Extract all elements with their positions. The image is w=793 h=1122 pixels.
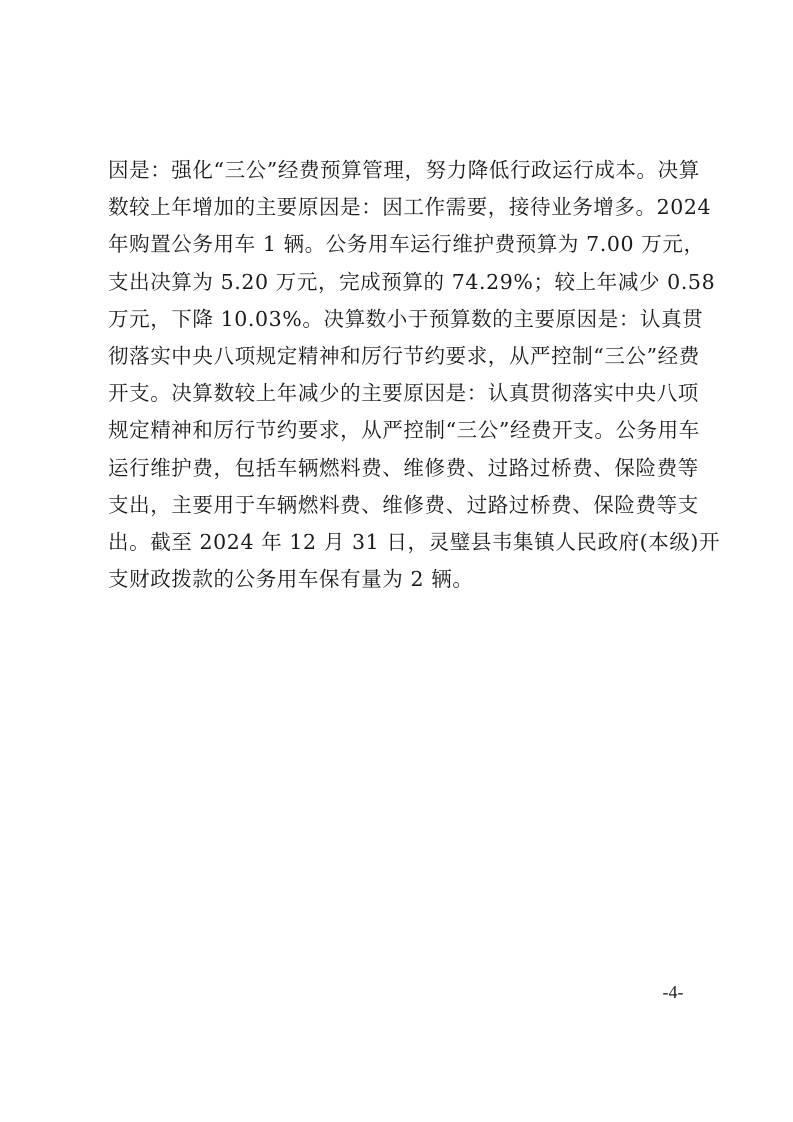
text-line: 运行维护费，包括车辆燃料费、维修费、过路过桥费、保险费等 bbox=[108, 450, 694, 487]
text-line: 因是：强化“三公”经费预算管理，努力降低行政运行成本。决算 bbox=[108, 152, 694, 189]
text-line: 支出，主要用于车辆燃料费、维修费、过路过桥费、保险费等支 bbox=[108, 487, 694, 524]
body-paragraph: 因是：强化“三公”经费预算管理，努力降低行政运行成本。决算 数较上年增加的主要原… bbox=[108, 152, 694, 598]
text-line: 出。截至 2024 年 12 月 31 日，灵璧县韦集镇人民政府(本级)开 bbox=[108, 524, 694, 561]
text-line: 规定精神和厉行节约要求，从严控制“三公”经费开支。公务用车 bbox=[108, 412, 694, 449]
text-line: 支出决算为 5.20 万元，完成预算的 74.29%；较上年减少 0.58 bbox=[108, 264, 694, 301]
text-line: 年购置公务用车 1 辆。公务用车运行维护费预算为 7.00 万元， bbox=[108, 226, 694, 263]
text-line: 万元，下降 10.03%。决算数小于预算数的主要原因是：认真贯 bbox=[108, 301, 694, 338]
text-line: 开支。决算数较上年减少的主要原因是：认真贯彻落实中央八项 bbox=[108, 375, 694, 412]
text-line: 支财政拨款的公务用车保有量为 2 辆。 bbox=[108, 561, 694, 598]
page-number: -4- bbox=[648, 982, 698, 1003]
text-line: 数较上年增加的主要原因是：因工作需要，接待业务增多。2024 bbox=[108, 189, 694, 226]
text-line: 彻落实中央八项规定精神和厉行节约要求，从严控制“三公”经费 bbox=[108, 338, 694, 375]
document-page: 因是：强化“三公”经费预算管理，努力降低行政运行成本。决算 数较上年增加的主要原… bbox=[0, 0, 793, 1122]
